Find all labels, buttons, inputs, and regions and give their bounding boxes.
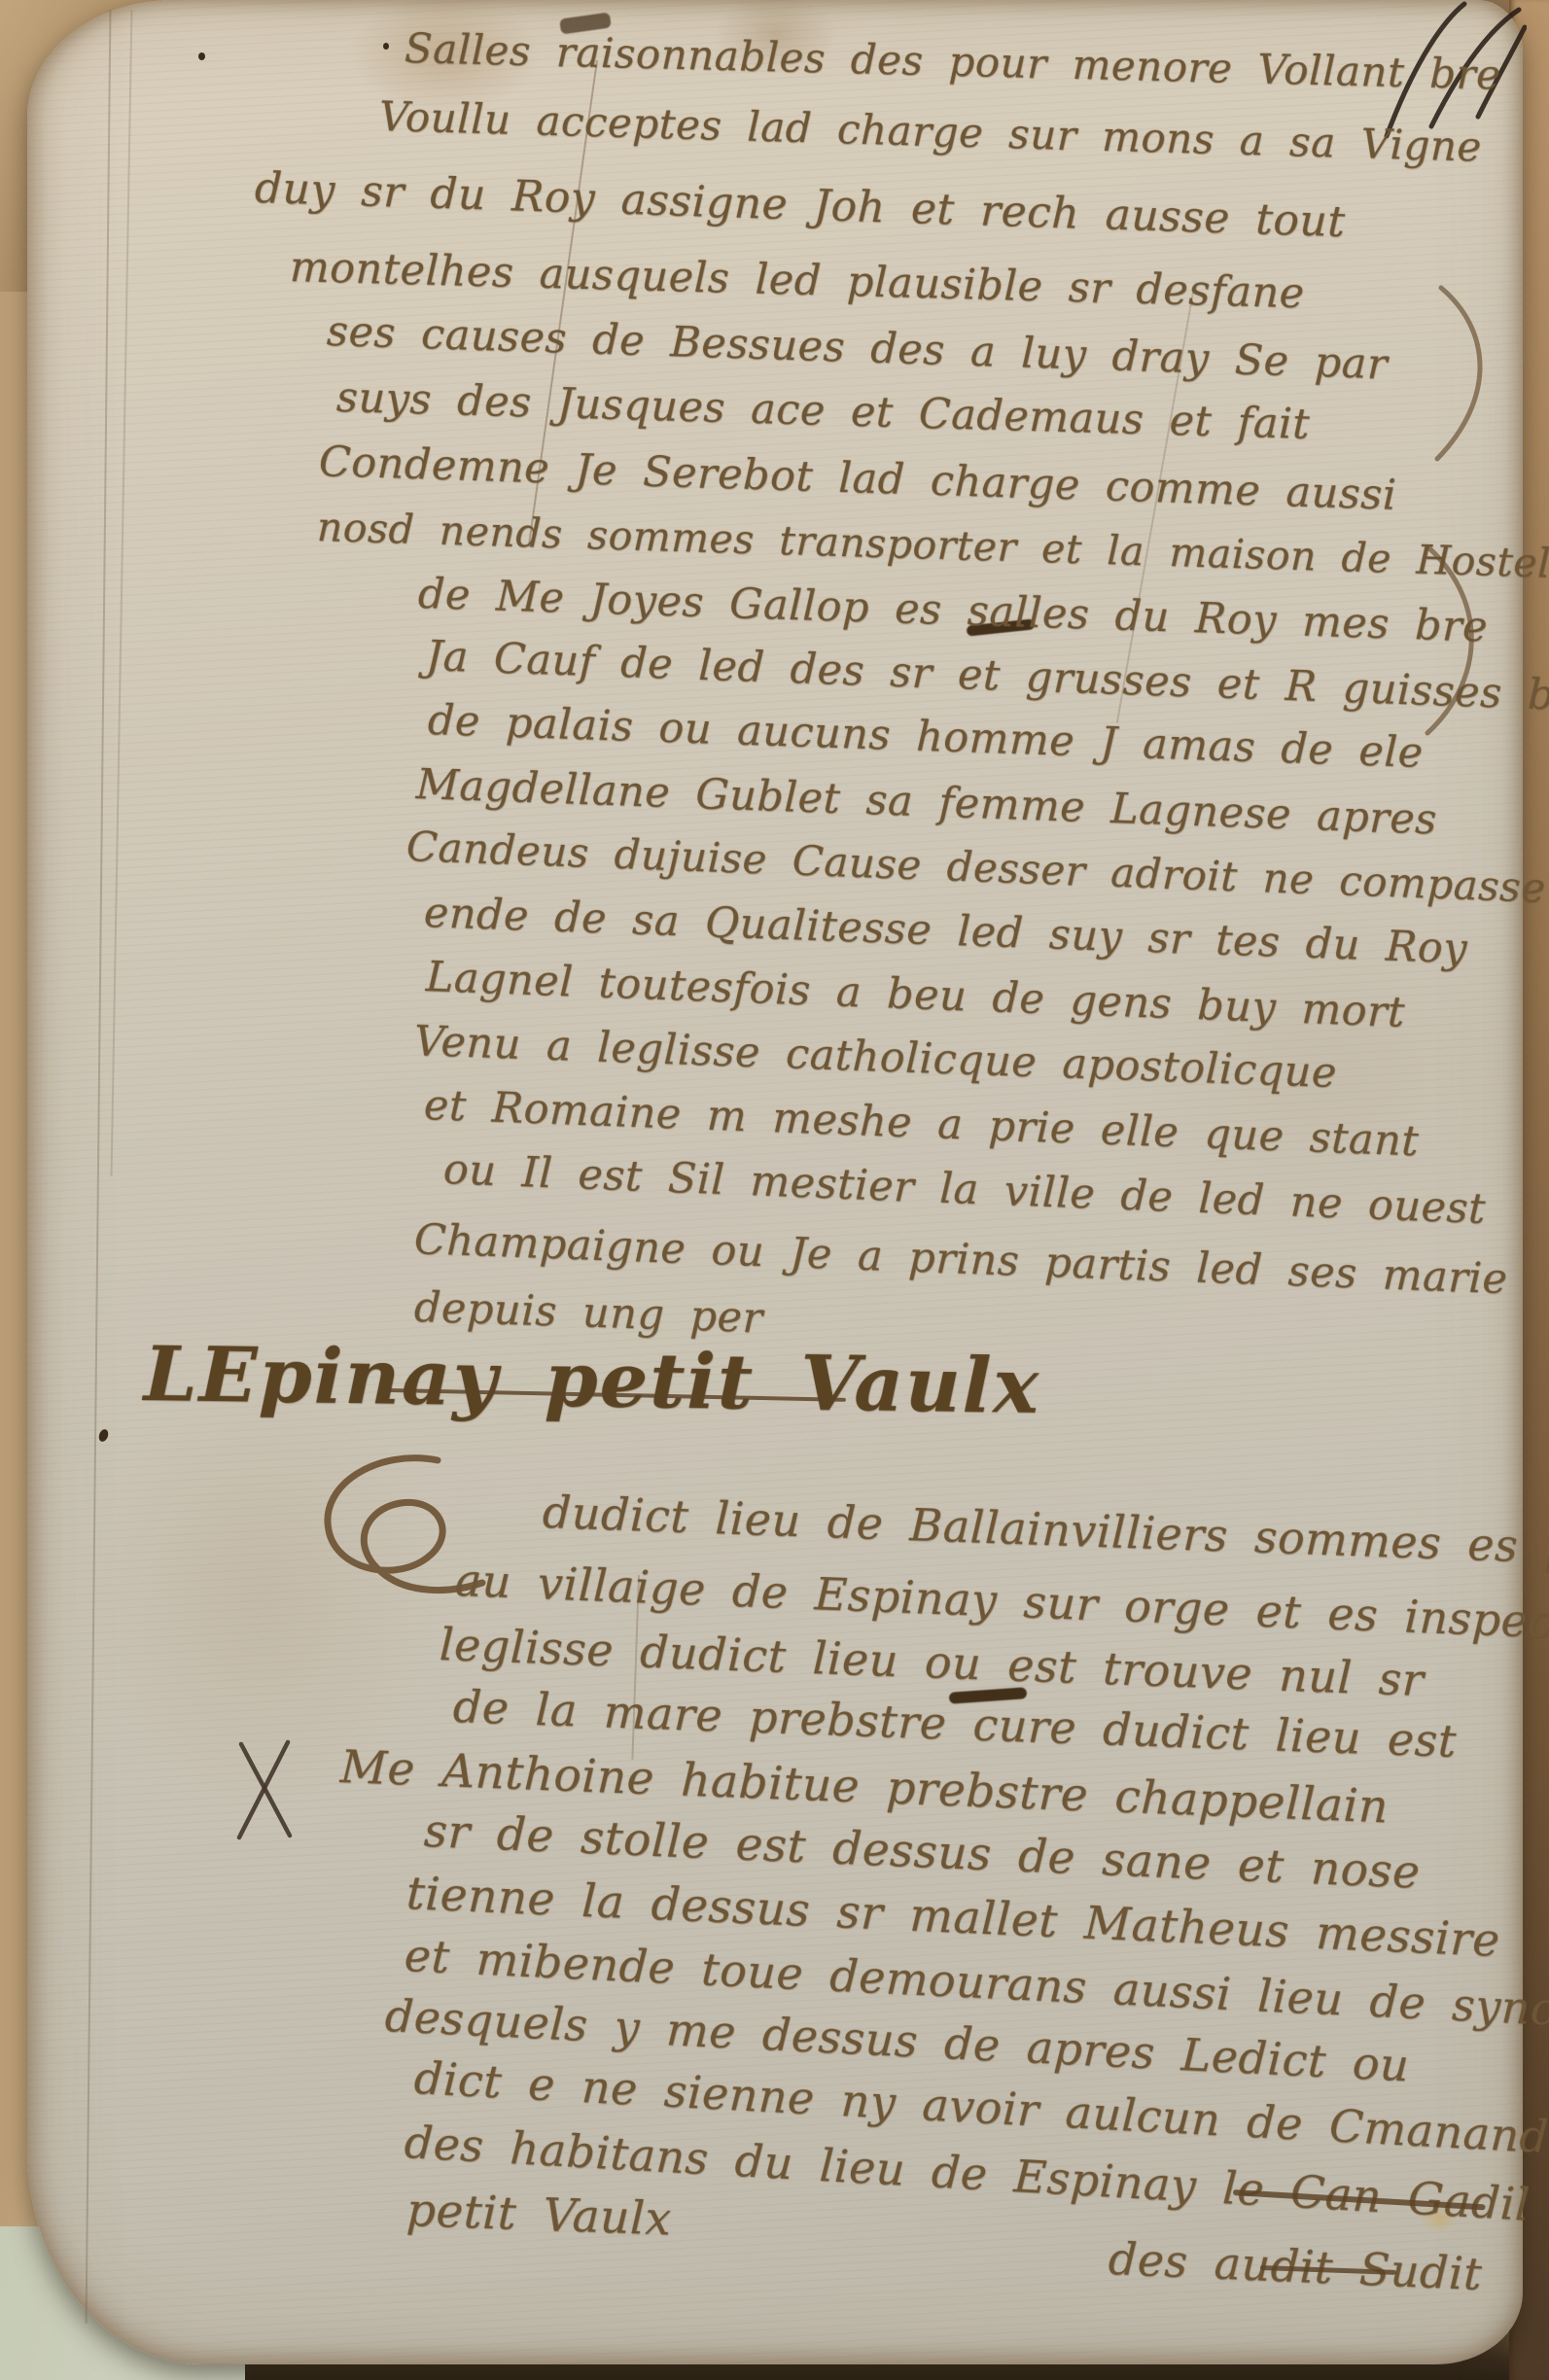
ink-spot — [383, 43, 389, 50]
manuscript-line: montelhes ausquels led plausible sr desf… — [289, 243, 1437, 322]
margin-cross-mark — [231, 1736, 299, 1843]
ink-spot — [97, 1428, 110, 1443]
ink-spot — [198, 52, 205, 60]
manuscript-line: dudict lieu de Ballainvilliers sommes es… — [542, 1486, 1515, 1572]
manuscript-line: Salles raisonnables des pour menore Voll… — [404, 24, 1484, 98]
flourish-tail — [1427, 282, 1505, 467]
fold-crease — [111, 10, 133, 1176]
section-heading: LEpinay petit Vaulx — [143, 1330, 1019, 1431]
manuscript-photo: Salles raisonnables des pour menore Voll… — [0, 0, 1549, 2380]
page: Salles raisonnables des pour menore Voll… — [27, 0, 1523, 2364]
manuscript-line: petit Vaulx — [405, 2184, 796, 2251]
fold-crease — [86, 10, 112, 2324]
flourish-tail — [1420, 544, 1497, 739]
manuscript-line: duy sr du Roy assigne Joh et rech ausse … — [254, 163, 1461, 251]
manuscript-line: Voullu acceptes lad charge sur mons a sa… — [378, 92, 1478, 171]
